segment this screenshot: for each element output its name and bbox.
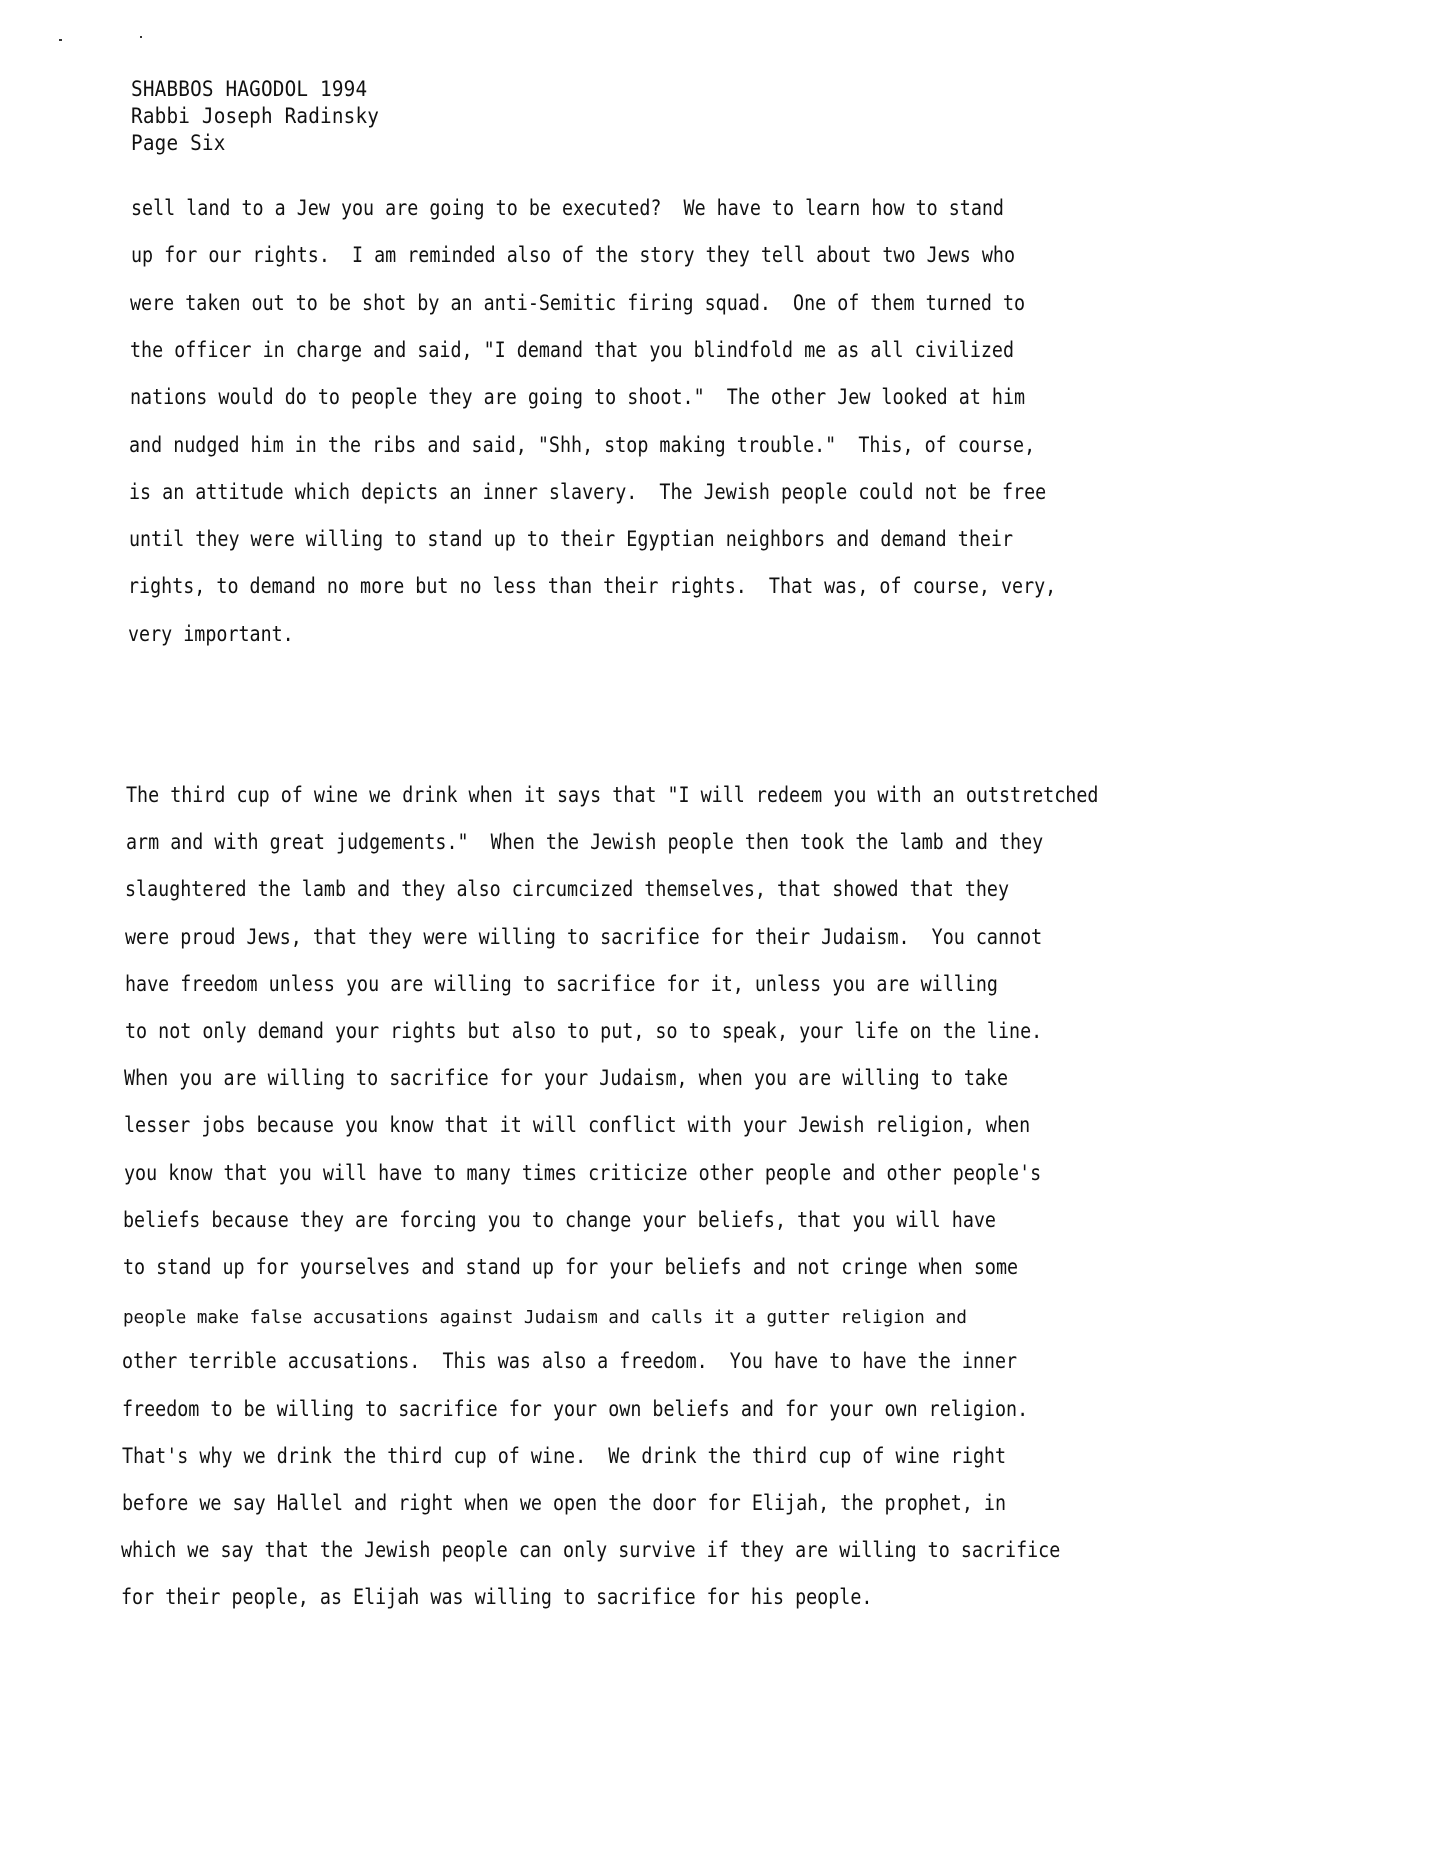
text-line: other terrible accusations. This was als… [122, 1349, 1017, 1375]
text-line: which we say that the Jewish people can … [121, 1538, 1060, 1564]
text-line: slaughtered the lamb and they also circu… [125, 877, 1009, 903]
text-line: you know that you will have to many time… [124, 1161, 1041, 1187]
text-line: the officer in charge and said, "I deman… [130, 338, 1014, 364]
text-line: and nudged him in the ribs and said, "Sh… [129, 433, 1035, 459]
text-line: lesser jobs because you know that it wil… [124, 1113, 1030, 1139]
text-line: to not only demand your rights but also … [125, 1019, 1042, 1045]
scan-speck [59, 39, 62, 41]
text-line: have freedom unless you are willing to s… [125, 972, 998, 998]
text-line: arm and with great judgements." When the… [126, 830, 1043, 856]
text-line: When you are willing to sacrifice for yo… [124, 1066, 1008, 1092]
text-line: nations would do to people they are goin… [130, 385, 1025, 411]
text-line: for their people, as Elijah was willing … [121, 1585, 872, 1611]
scan-speck [140, 36, 142, 38]
document-header: SHABBOS HAGODOL 1994 Rabbi Joseph Radins… [131, 76, 379, 157]
text-line: were proud Jews, that they were willing … [125, 925, 1042, 951]
text-line: rights, to demand no more but no less th… [128, 574, 1056, 600]
document-page: SHABBOS HAGODOL 1994 Rabbi Joseph Radins… [0, 0, 1430, 1851]
text-line: beliefs because they are forcing you to … [123, 1208, 996, 1234]
text-line: before we say Hallel and right when we o… [122, 1491, 1006, 1517]
text-line: That's why we drink the third cup of win… [122, 1444, 1006, 1470]
text-line: The third cup of wine we drink when it s… [126, 783, 1098, 809]
text-line: freedom to be willing to sacrifice for y… [122, 1397, 1028, 1423]
text-line: to stand up for yourselves and stand up … [123, 1255, 1018, 1281]
text-line: up for our rights. I am reminded also of… [131, 243, 1015, 269]
document-author: Rabbi Joseph Radinsky [131, 103, 379, 130]
text-line: very important. [128, 622, 294, 648]
text-line: sell land to a Jew you are going to be e… [131, 196, 1004, 222]
page-label: Page Six [131, 130, 379, 157]
text-line: people make false accusations against Ju… [123, 1305, 967, 1331]
text-line: until they were willing to stand up to t… [129, 527, 1013, 553]
text-line: is an attitude which depicts an inner sl… [129, 480, 1046, 506]
text-line: were taken out to be shot by an anti-Sem… [130, 291, 1025, 317]
document-title: SHABBOS HAGODOL 1994 [131, 76, 379, 103]
